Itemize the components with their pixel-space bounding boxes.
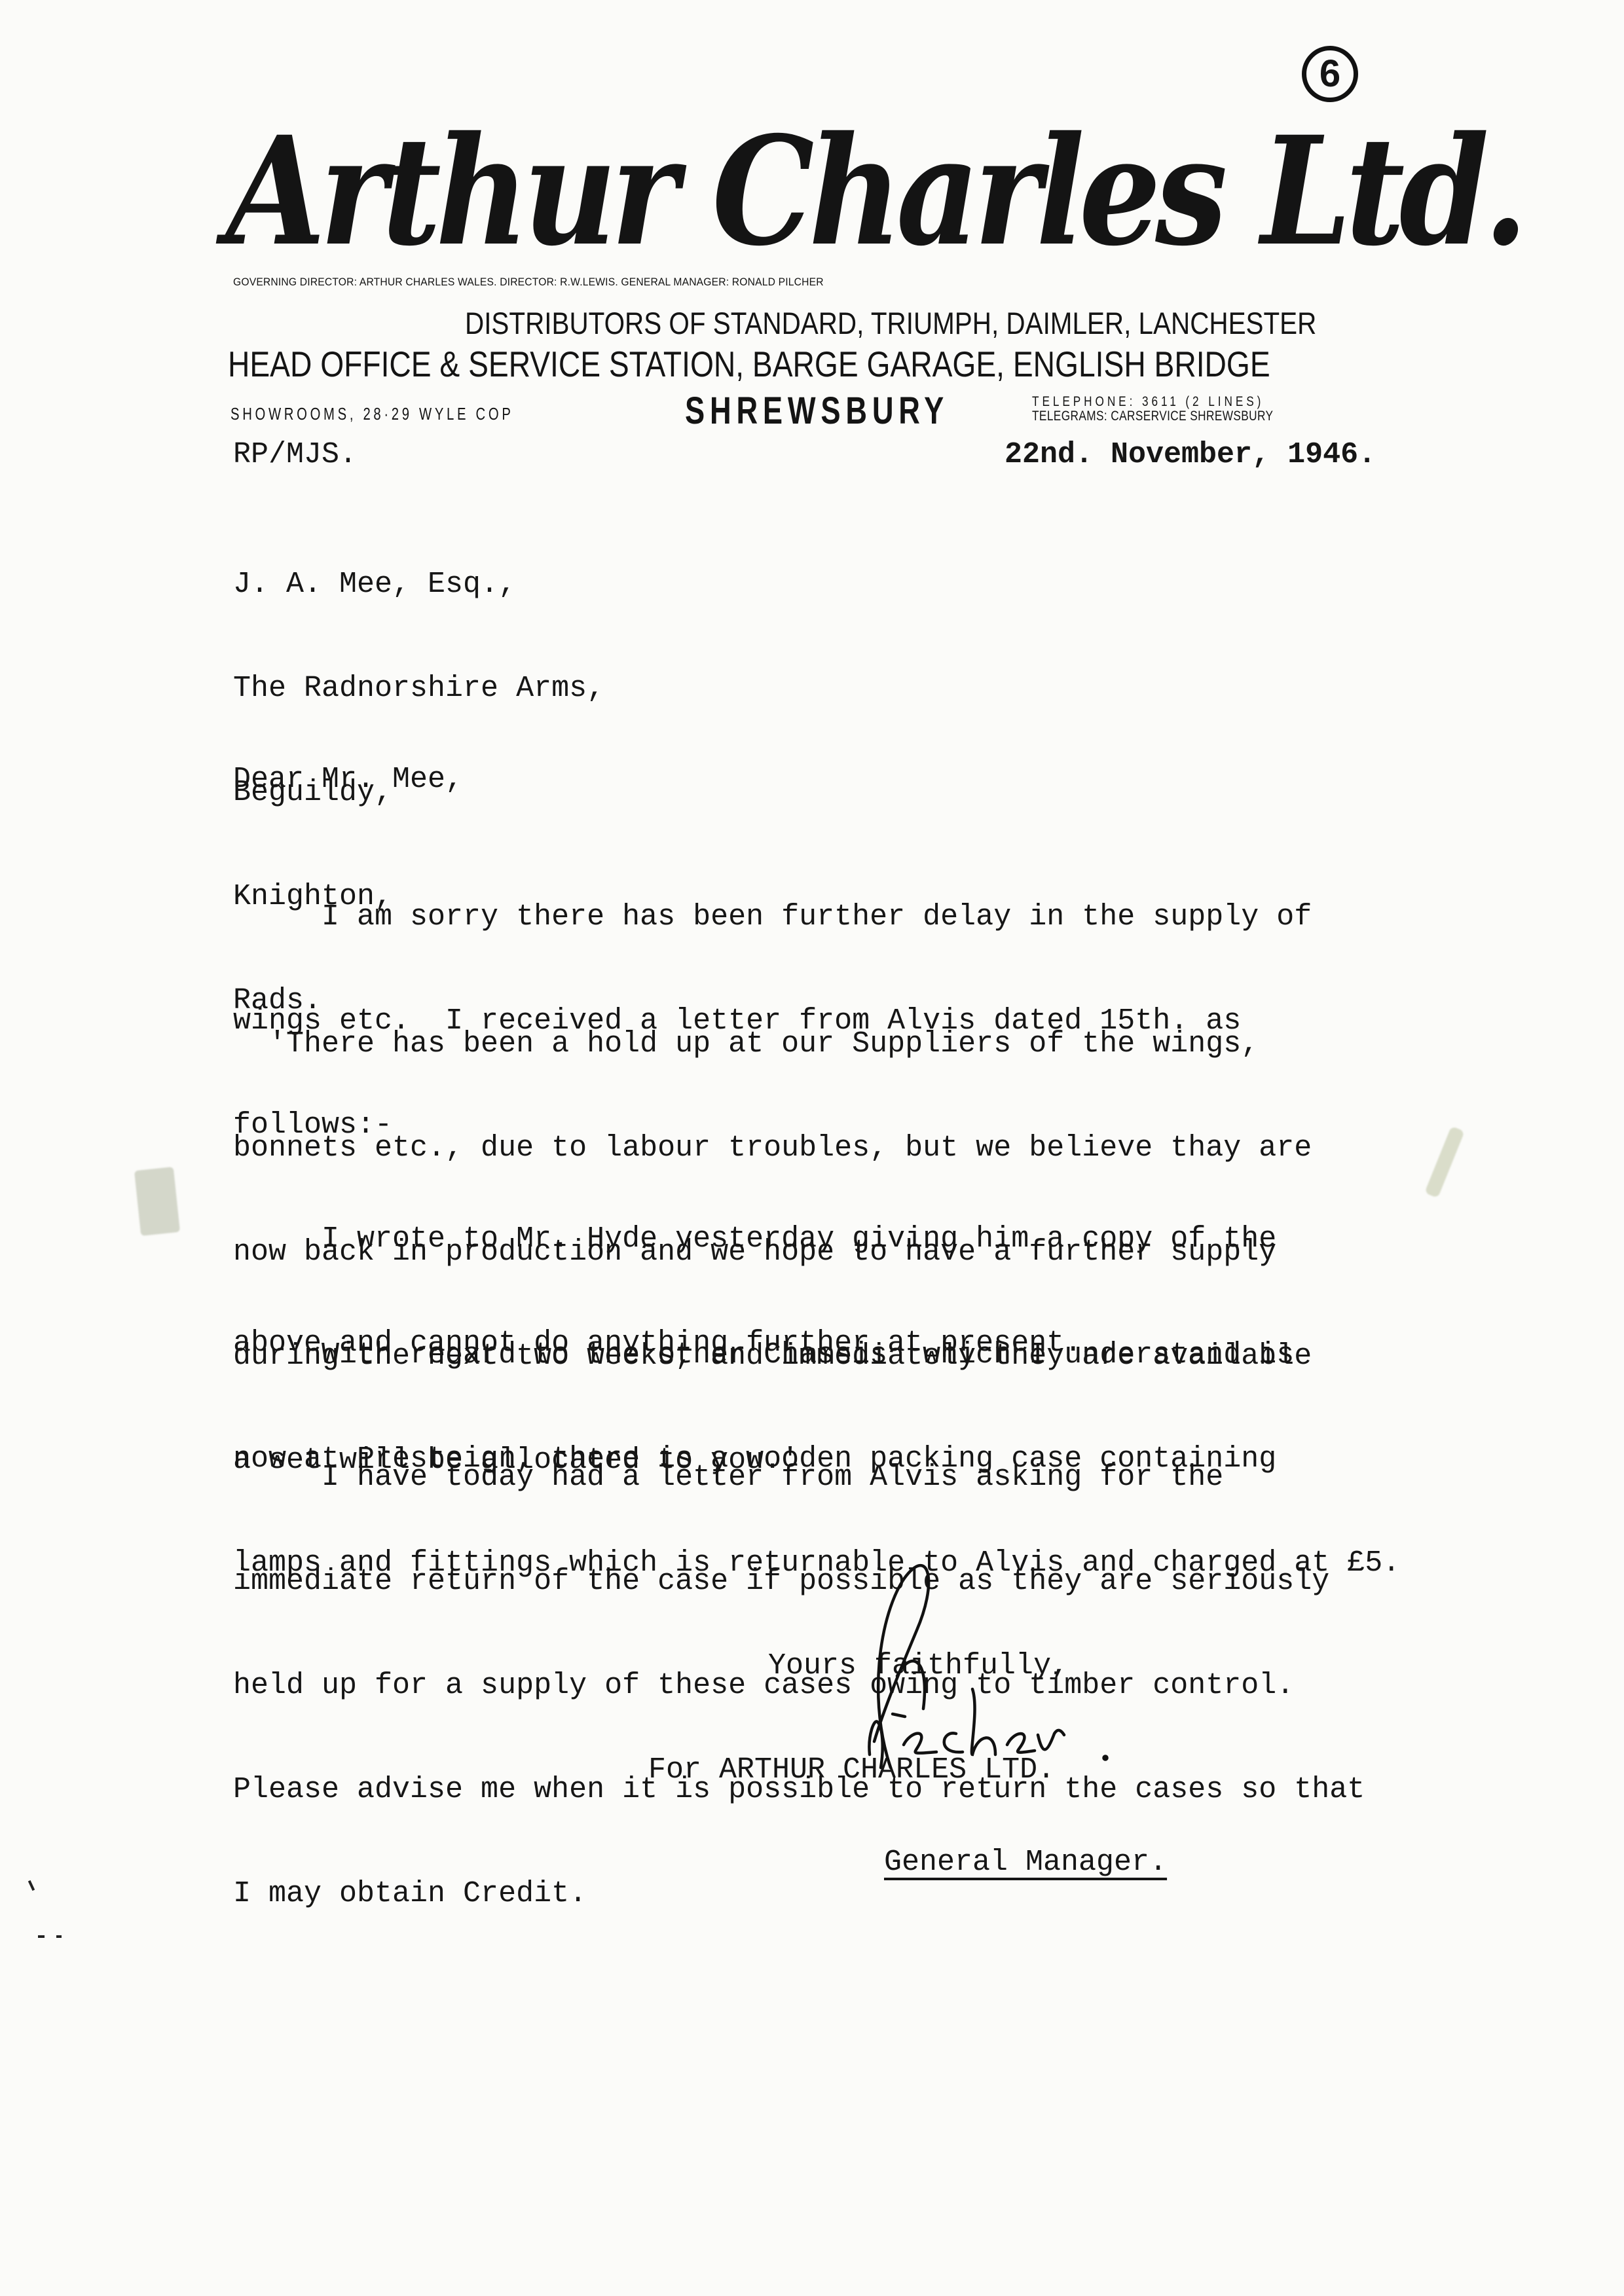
text-line: I have today had a letter from Alvis ask… (233, 1460, 1365, 1495)
head-office-line: HEAD OFFICE & SERVICE STATION, BARGE GAR… (228, 343, 1270, 385)
text-line: With regard to the other Chassis which I… (233, 1338, 1400, 1372)
text-line: 'There has been a hold up at our Supplie… (233, 1027, 1312, 1061)
telegrams: TELEGRAMS: CARSERVICE SHREWSBURY (1032, 409, 1273, 424)
text-line: I am sorry there has been further delay … (233, 900, 1312, 934)
reference: RP/MJS. (233, 437, 357, 472)
company-logo: Arthur Charles Ltd. (226, 117, 1522, 266)
address-line: J. A. Mee, Esq., (233, 567, 604, 602)
margin-mark (56, 1935, 62, 1938)
contact-info: TELEPHONE: 3611 (2 LINES) TELEGRAMS: CAR… (1032, 395, 1273, 424)
address-line: The Radnorshire Arms, (233, 671, 604, 706)
directors-line: GOVERNING DIRECTOR: ARTHUR CHARLES WALES… (233, 276, 824, 289)
page-number-annotation: 6 (1302, 46, 1358, 102)
distributors-line: DISTRIBUTORS OF STANDARD, TRIUMPH, DAIML… (465, 305, 1316, 341)
letter-date: 22nd. November, 1946. (1005, 437, 1376, 472)
showrooms-address: SHOWROOMS, 28·29 WYLE COP (231, 404, 514, 424)
text-line: I may obtain Credit. (233, 1876, 1365, 1911)
paper-stain (134, 1167, 180, 1236)
telephone: TELEPHONE: 3611 (2 LINES) (1032, 395, 1273, 409)
city-name: SHREWSBURY (685, 389, 949, 433)
text-line: I wrote to Mr. Hyde yesterday giving him… (233, 1222, 1276, 1256)
paper-stain (1424, 1126, 1465, 1198)
margin-mark (38, 1935, 45, 1938)
handwritten-signature (838, 1558, 1244, 1781)
salutation: Dear Mr. Mee, (233, 762, 463, 797)
margin-mark (28, 1880, 35, 1891)
signatory-title: General Manager. (884, 1845, 1167, 1880)
